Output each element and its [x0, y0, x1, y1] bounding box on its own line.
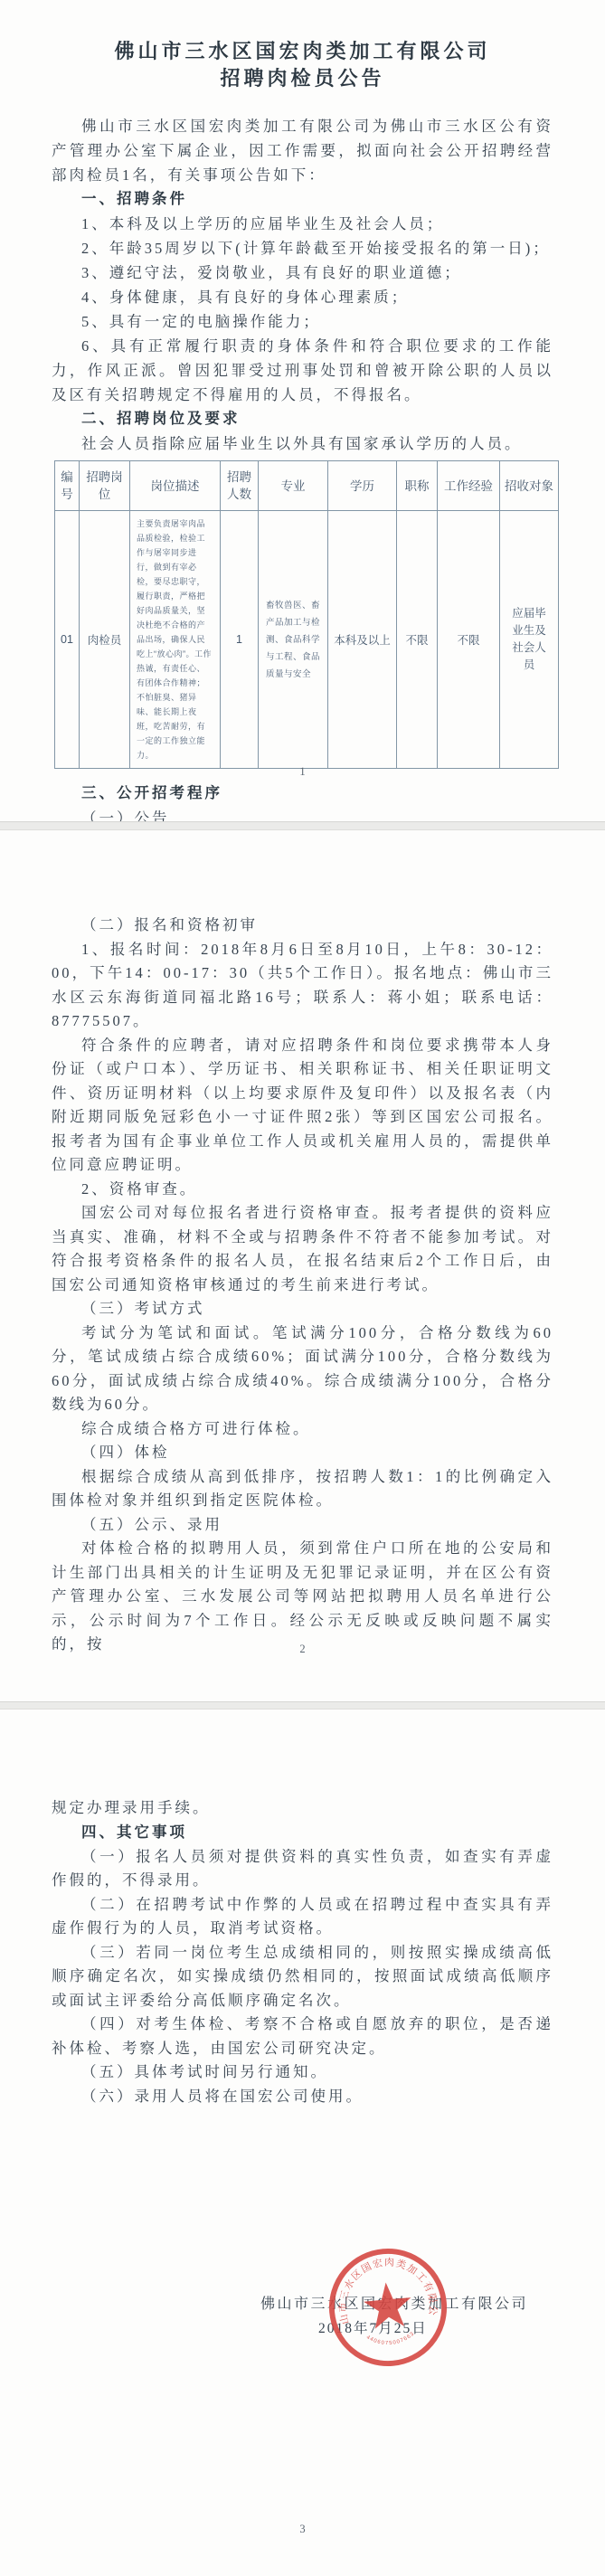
page-divider-2 [0, 1701, 605, 1709]
application-materials-paragraph: 符合条件的应聘者，请对应招聘条件和岗位要求携带本人身份证（或户口本）、学历证书、… [52, 1034, 553, 1178]
other-item-1: （一）报名人员须对提供资料的真实性负责，如查实有弄虚作假的，不得录用。 [52, 1845, 553, 1893]
intro-paragraph: 佛山市三水区国宏肉类加工有限公司为佛山市三水区公有资产管理办公室下属企业，因工作… [52, 114, 553, 187]
page-2: （二）报名和资格初审 1、报名时间：2018年8月6日至8月10日，上午8：30… [0, 830, 605, 1701]
header-cell-major: 专业 [259, 461, 328, 511]
page-1: 佛山市三水区国宏肉类加工有限公司 招聘肉检员公告 佛山市三水区国宏肉类加工有限公… [0, 0, 605, 821]
cell-major: 畜牧兽医、畜产品加工与检测、食品科学与工程、食品质量与安全 [259, 511, 328, 769]
cell-headcount: 1 [221, 511, 259, 769]
header-cell-headcount: 招聘人数 [221, 461, 259, 511]
cell-title: 不限 [397, 511, 438, 769]
scanned-announcement-document: 佛山市三水区国宏肉类加工有限公司 招聘肉检员公告 佛山市三水区国宏肉类加工有限公… [0, 0, 605, 2576]
seal-serial-number: 4406075007663 [364, 2331, 416, 2349]
document-title-line-2: 招聘肉检员公告 [52, 65, 553, 92]
table-header-row: 编号 招聘岗位 岗位描述 招聘人数 专业 学历 职称 工作经验 招收对象 [55, 461, 559, 511]
qualification-review-paragraph: 国宏公司对每位报名者进行资格审查。报考者提供的资料应当真实、准确，材料不全或与招… [52, 1201, 553, 1297]
page-divider-1 [0, 821, 605, 830]
exam-method-paragraph: 考试分为笔试和面试。笔试满分100分，合格分数线为60分，笔试成绩占综合成绩60… [52, 1321, 553, 1417]
table-row: 01 肉检员 主要负责屠宰肉品品质检验，检验工作与屠宰同步进行，做到有宰必检，要… [55, 511, 559, 769]
registration-time-paragraph: 1、报名时间：2018年8月6日至8月10日，上午8：30-12：00，下午14… [52, 938, 553, 1034]
cell-experience: 不限 [438, 511, 500, 769]
condition-item-2: 2、年龄35周岁以下(计算年龄截至开始接受报名的第一日)； [52, 236, 553, 260]
positions-table: 编号 招聘岗位 岗位描述 招聘人数 专业 学历 职称 工作经验 招收对象 01 … [54, 460, 559, 769]
other-item-2: （二）在招聘考试中作弊的人员或在招聘过程中查实具有弄虚作假行为的人员，取消考试资… [52, 1893, 553, 1941]
cell-description: 主要负责屠宰肉品品质检验，检验工作与屠宰同步进行，做到有宰必检，要尽忠职守，履行… [130, 511, 221, 769]
header-cell-target: 招收对象 [500, 461, 559, 511]
section-1-heading: 一、招聘条件 [52, 187, 553, 212]
subsection-3-heading: （三）考试方式 [52, 1297, 553, 1321]
section-4-heading: 四、其它事项 [52, 1821, 553, 1845]
cell-number: 01 [55, 511, 80, 769]
subsection-2-heading: （二）报名和资格初审 [52, 914, 553, 938]
company-seal: 佛山市三水区国宏肉类加工有限公司 4406075007663 [320, 2240, 456, 2375]
header-cell-number: 编号 [55, 461, 80, 511]
other-item-5: （五）具体考试时间另行通知。 [52, 2060, 553, 2085]
condition-item-1: 1、本科及以上学历的应届毕业生及社会人员； [52, 212, 553, 236]
condition-item-4: 4、身体健康，具有良好的身体心理素质； [52, 285, 553, 309]
subsection-4-heading: （四）体检 [52, 1441, 553, 1465]
other-item-6: （六）录用人员将在国宏公司使用。 [52, 2085, 553, 2109]
subsection-5-heading: （五）公示、录用 [52, 1513, 553, 1538]
header-cell-education: 学历 [328, 461, 397, 511]
physical-exam-paragraph: 根据综合成绩从高到低排序，按招聘人数1：1的比例确定入围体检对象并组织到指定医院… [52, 1465, 553, 1513]
seal-serial-holder: 4406075007663 [364, 2331, 416, 2349]
page-3: 规定办理录用手续。 四、其它事项 （一）报名人员须对提供资料的真实性负责，如查实… [0, 1709, 605, 2576]
subsection-1-heading: （一）公告 [52, 806, 553, 821]
page-number-3: 3 [0, 2523, 605, 2536]
qualification-review-heading: 2、资格审查。 [52, 1178, 553, 1202]
section-2-note: 社会人员指除应届毕业生以外具有国家承认学历的人员。 [52, 431, 553, 456]
seal-star [362, 2280, 413, 2329]
publicity-paragraph: 对体检合格的拟聘用人员，须到常住户口所在地的公安局和计生部门出具相关的计生证明及… [52, 1537, 553, 1657]
header-cell-position: 招聘岗位 [80, 461, 130, 511]
header-cell-title: 职称 [397, 461, 438, 511]
page-number-2: 2 [0, 1643, 605, 1656]
condition-item-3: 3、遵纪守法，爱岗敬业，具有良好的职业道德； [52, 260, 553, 285]
continuation-line: 规定办理录用手续。 [52, 1796, 553, 1821]
cell-position: 肉检员 [80, 511, 130, 769]
section-2-heading: 二、招聘岗位及要求 [52, 407, 553, 431]
header-cell-description: 岗位描述 [130, 461, 221, 511]
condition-item-6: 6、具有正常履行职责的身体条件和符合职位要求的工作能力，作风正派。曾因犯罪受过刑… [52, 334, 553, 407]
seal-graphics: 佛山市三水区国宏肉类加工有限公司 4406075007663 [320, 2240, 449, 2369]
document-title-line-1: 佛山市三水区国宏肉类加工有限公司 [52, 38, 553, 65]
header-cell-experience: 工作经验 [438, 461, 500, 511]
other-item-3: （三）若同一岗位考生总成绩相同的，则按照实操成绩高低顺序确定名次，如实操成绩仍然… [52, 1941, 553, 2013]
page-number-1: 1 [0, 765, 605, 779]
section-3-heading: 三、公开招考程序 [52, 781, 553, 806]
cell-education: 本科及以上 [328, 511, 397, 769]
condition-item-5: 5、具有一定的电脑操作能力； [52, 309, 553, 334]
exam-pass-note: 综合成绩合格方可进行体检。 [52, 1417, 553, 1442]
cell-target: 应届毕业生及社会人员 [500, 511, 559, 769]
other-item-4: （四）对考生体检、考察不合格或自愿放弃的职位，是否递补体检、考察人选，由国宏公司… [52, 2012, 553, 2060]
